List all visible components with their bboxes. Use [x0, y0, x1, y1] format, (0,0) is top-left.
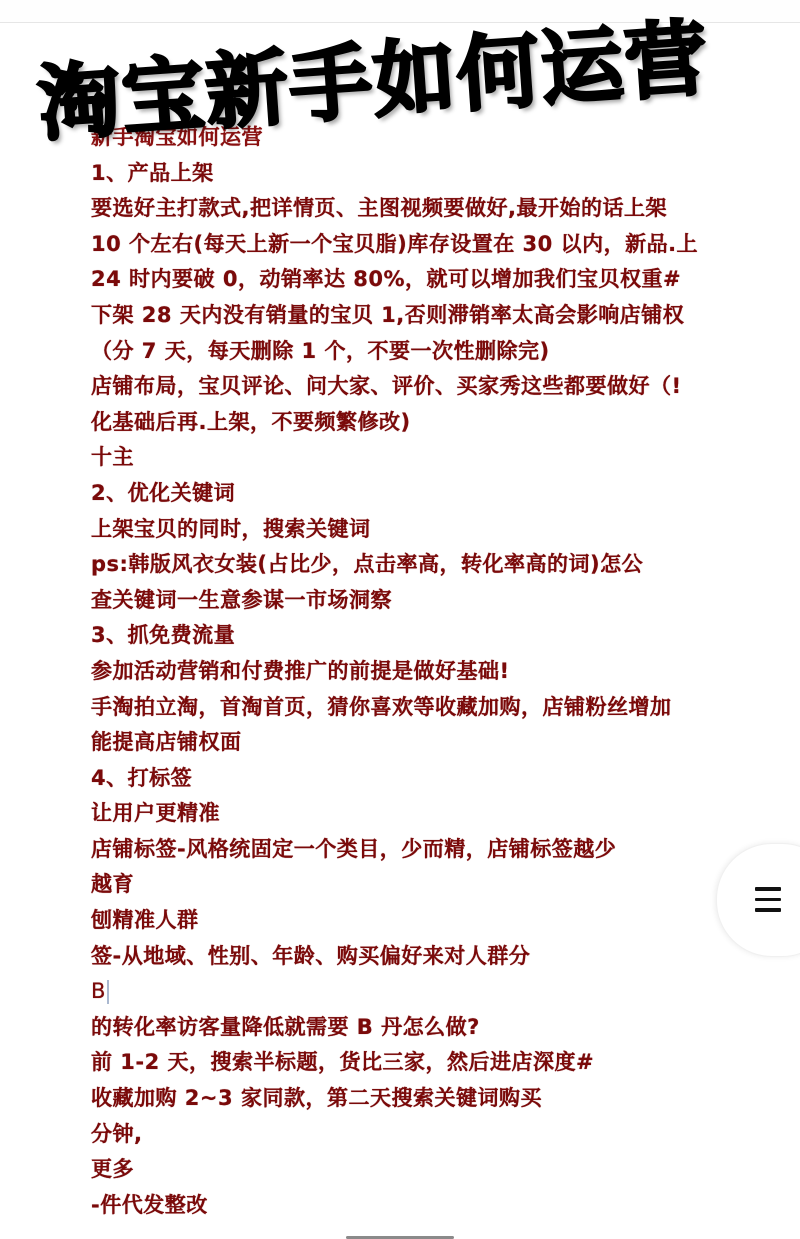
text-line: 上架宝贝的同时，搜索关键词	[91, 512, 791, 548]
text-line: 查关键词一生意参谋一市场洞察	[91, 583, 791, 619]
text-line: 让用户更精准	[91, 796, 791, 832]
section-heading-2: 2、优化关键词	[91, 476, 791, 512]
text-line: 店铺标签-风格统固定一个类目，少而精，店铺标签越少	[91, 832, 791, 868]
text-line: 下架 28 天内没有销量的宝贝 1,否则滞销率太高会影响店铺权	[91, 298, 791, 334]
document-body[interactable]: 新手淘宝如何运营 1、产品上架 要选好主打款式,把详情页、主图视频要做好,最开始…	[91, 120, 791, 1223]
text-line: 能提高店铺权面	[91, 725, 791, 761]
text-line: 手淘拍立淘，首淘首页，猜你喜欢等收藏加购，店铺粉丝增加	[91, 690, 791, 726]
text-line: ps:韩版风衣女装(占比少，点击率高，转化率高的词)怎公	[91, 547, 791, 583]
text-line: （分 7 天，每天删除 1 个，不要一次性删除完)	[91, 334, 791, 370]
text-line: 刨精准人群	[91, 903, 791, 939]
section-heading-4: 4、打标签	[91, 761, 791, 797]
section-heading-3: 3、抓免费流量	[91, 618, 791, 654]
text-line: 要选好主打款式,把详情页、主图视频要做好,最开始的话上架	[91, 191, 791, 227]
text-line: 越育	[91, 867, 791, 903]
text-line: -件代发整改	[91, 1188, 791, 1224]
text-line: 化基础后再.上架，不要频繁修改)	[91, 405, 791, 441]
text-line: 十主	[91, 440, 791, 476]
text-line: 参加活动营销和付费推广的前提是做好基础!	[91, 654, 791, 690]
text-cursor	[107, 980, 109, 1004]
text-line: 分钟,	[91, 1117, 791, 1153]
text-line: 的转化率访客量降低就需要 B 丹怎么做?	[91, 1010, 791, 1046]
text-line: 更多	[91, 1152, 791, 1188]
hamburger-menu-icon	[755, 887, 781, 911]
text-line: 24 时内要破 0，动销率达 80%，就可以增加我们宝贝权重#	[91, 262, 791, 298]
text-line: 前 1-2 天，搜索半标题，货比三家，然后进店深度#	[91, 1045, 791, 1081]
text-line-b: B	[91, 979, 106, 1003]
text-line: 签-从地域、性别、年龄、购买偏好来对人群分	[91, 939, 791, 975]
section-heading-1: 1、产品上架	[91, 156, 791, 192]
cursor-line[interactable]: B	[91, 974, 791, 1010]
text-line: 店铺布局，宝贝评论、问大家、评价、买家秀这些都要做好（!	[91, 369, 791, 405]
text-line: 10 个左右(每天上新一个宝贝脂)库存设置在 30 以内，新品.上	[91, 227, 791, 263]
text-line: 收藏加购 2~3 家同款，第二天搜索关键词购买	[91, 1081, 791, 1117]
